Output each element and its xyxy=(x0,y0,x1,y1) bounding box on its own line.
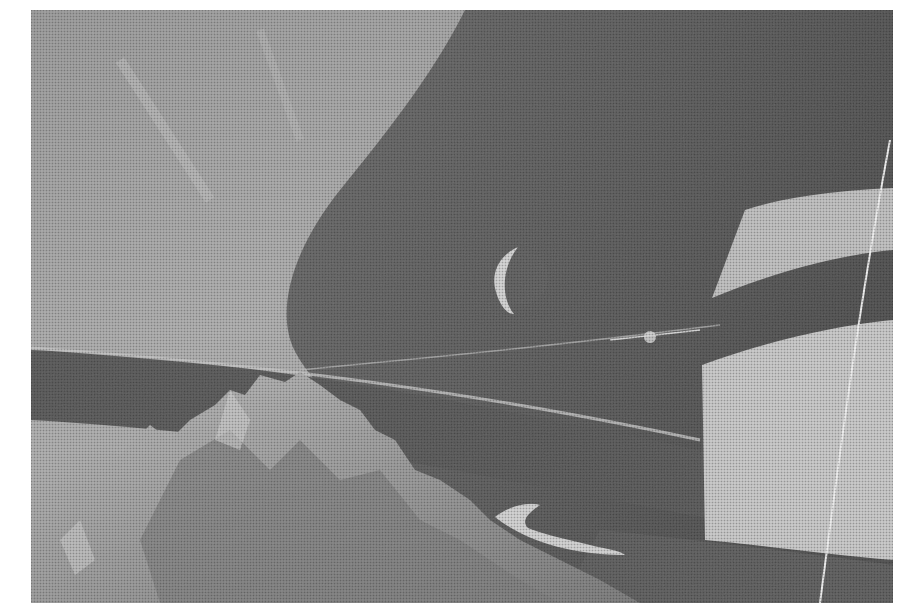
space-scene-artwork xyxy=(0,0,898,603)
